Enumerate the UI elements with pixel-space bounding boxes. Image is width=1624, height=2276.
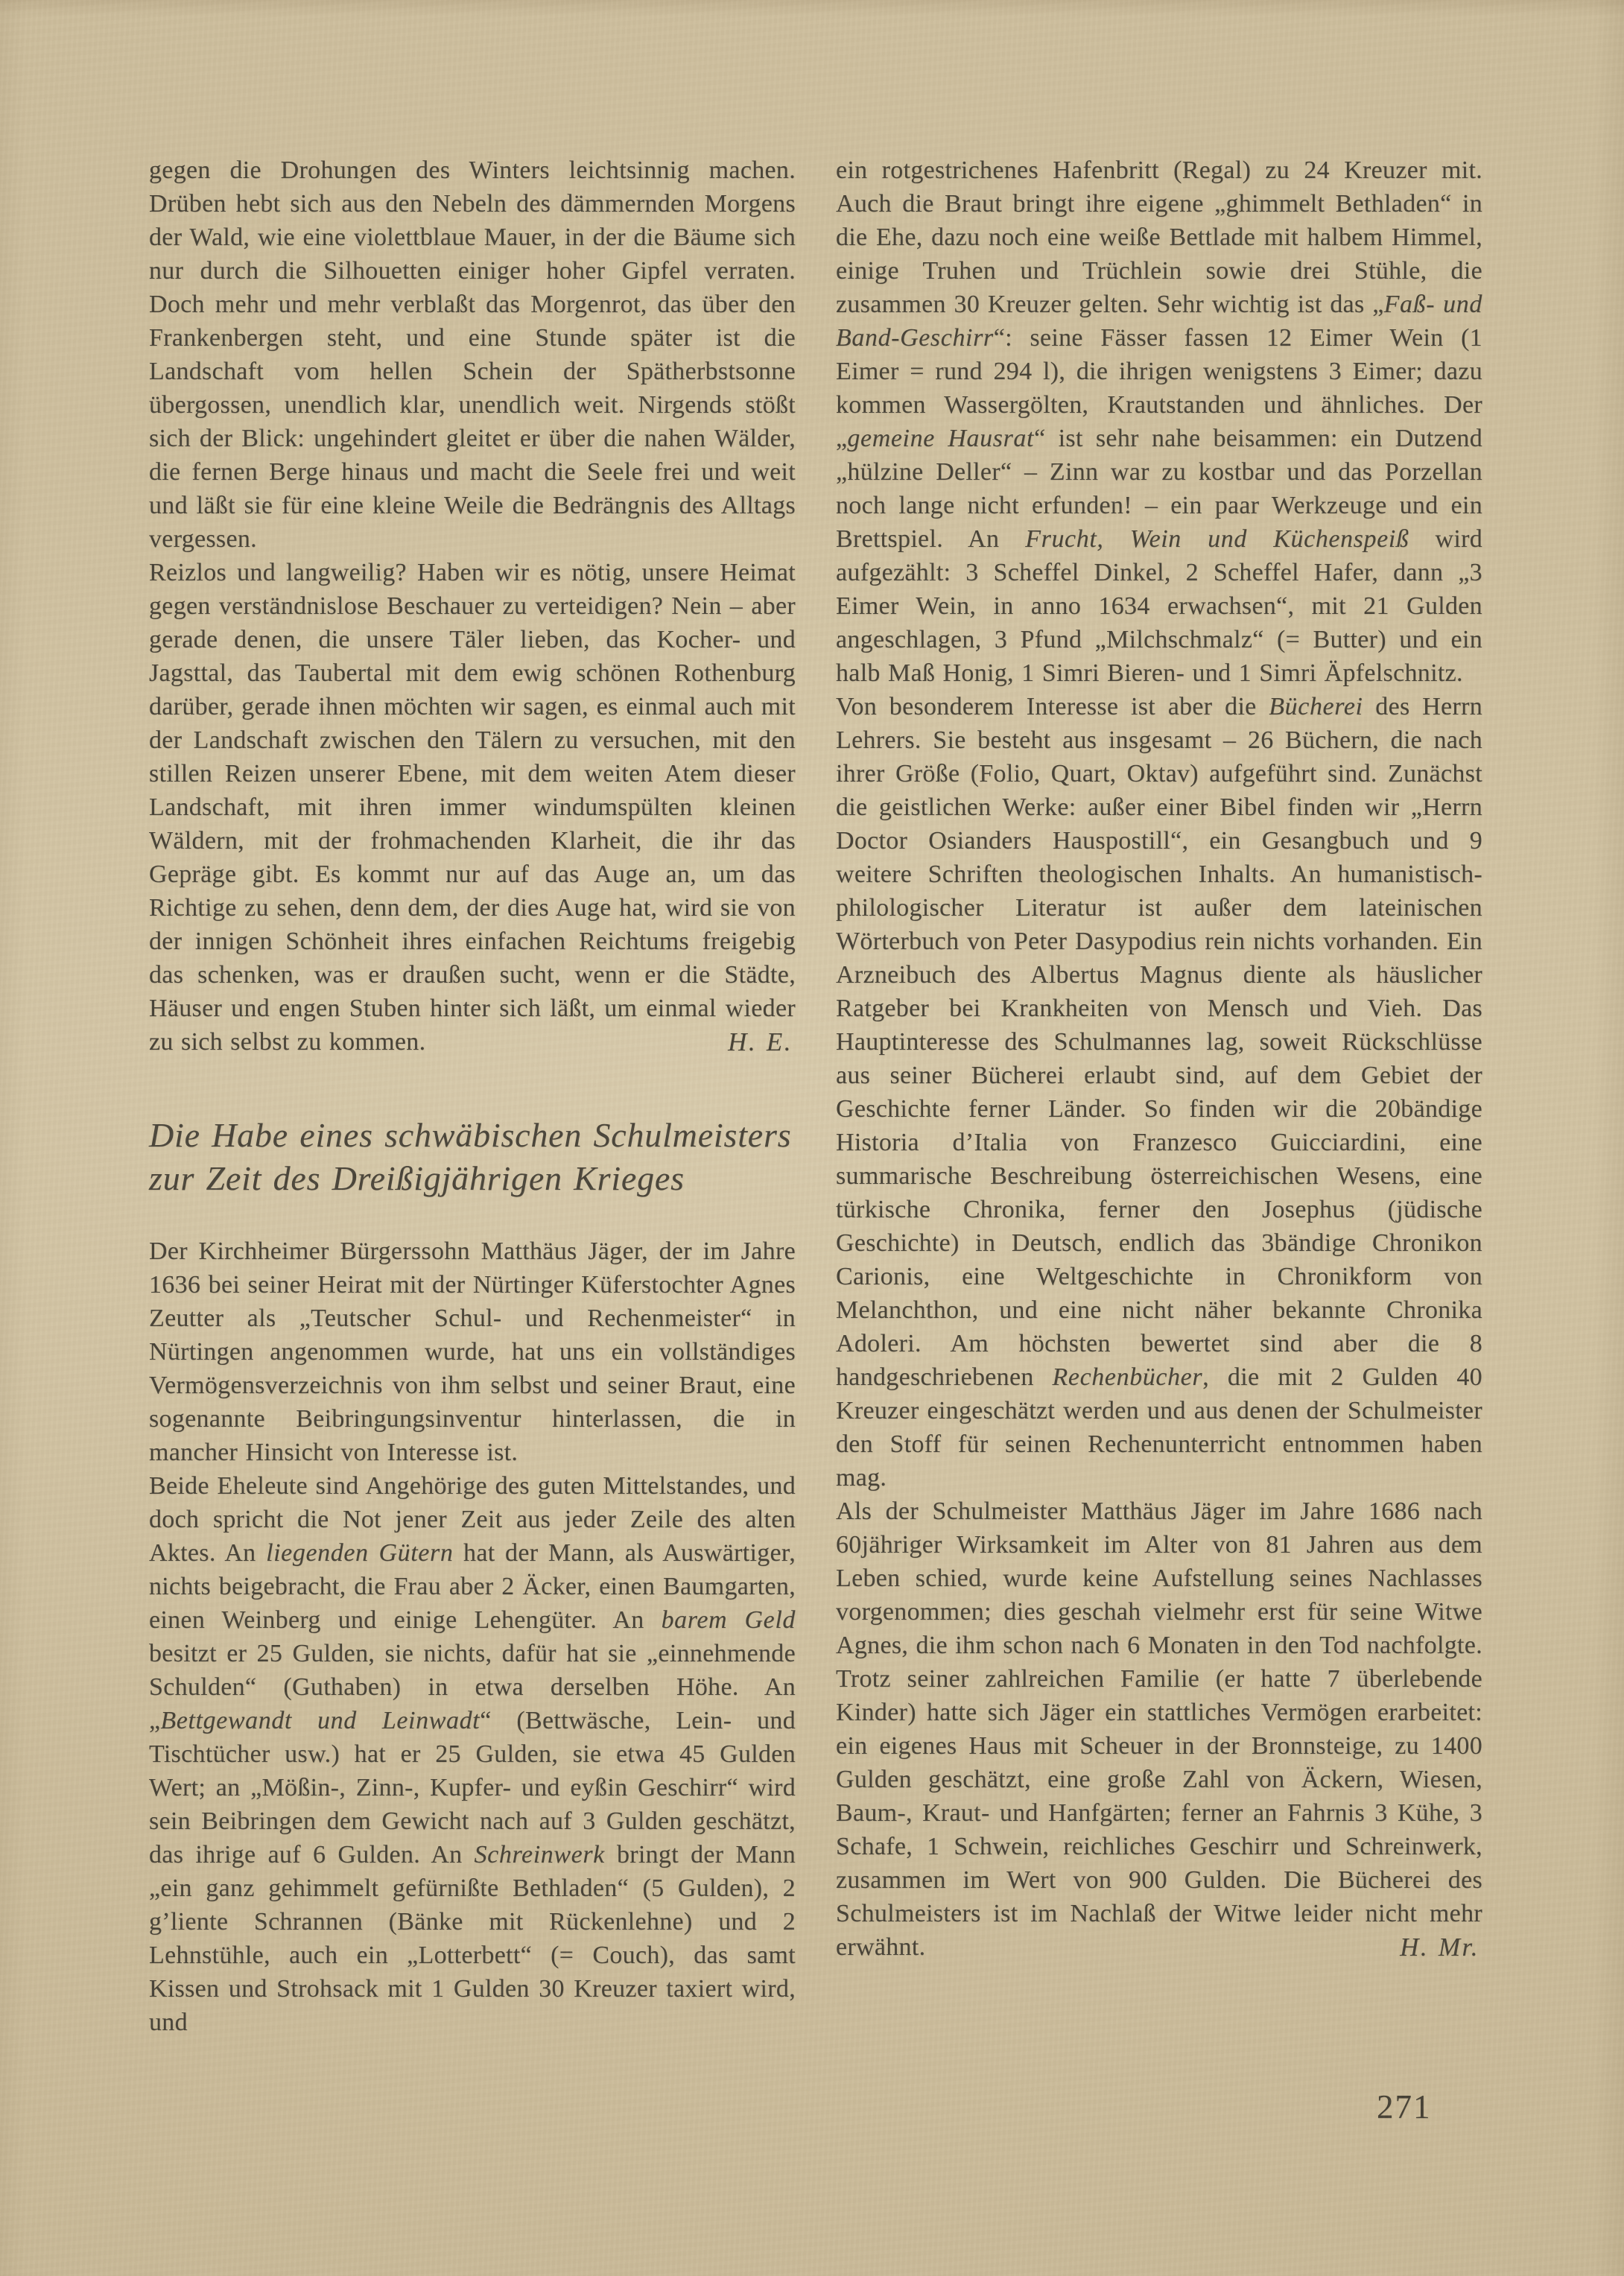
article2-paragraph-5: Als der Schulmeister Matthäus Jäger im J… xyxy=(836,1494,1482,1964)
italic-phrase: gemeine Hausrat xyxy=(847,425,1034,452)
page-number: 271 xyxy=(1377,2088,1432,2126)
article1-paragraph-2: Reizlos und langweilig? Haben wir es nöt… xyxy=(149,556,796,1059)
article2-paragraph-3: ein rotgestrichenes Hafenbritt (Regal) z… xyxy=(836,153,1482,690)
text-run: gegen die Drohungen des Winters leichtsi… xyxy=(149,156,796,553)
article2-paragraph-2: Beide Eheleute sind Angehörige des guten… xyxy=(149,1469,796,2039)
italic-phrase: Schreinwerk xyxy=(475,1841,605,1868)
column-right: ein rotgestrichenes Hafenbritt (Regal) z… xyxy=(836,153,1482,1964)
italic-phrase: Bücherei xyxy=(1269,693,1363,720)
text-run: Als der Schulmeister Matthäus Jäger im J… xyxy=(836,1497,1482,1961)
text-run: Reizlos und langweilig? Haben wir es nöt… xyxy=(149,559,796,1056)
italic-phrase: Bettgewandt und Leinwadt xyxy=(160,1707,480,1734)
italic-phrase: Frucht, Wein und Küchenspeiß xyxy=(1025,525,1409,553)
text-run: Von besonderem Interesse ist aber die xyxy=(836,693,1269,720)
article2-heading: Die Habe eines schwäbischen Schulmeister… xyxy=(149,1114,796,1200)
text-run: des Herrn Lehrers. Sie besteht aus insge… xyxy=(836,693,1482,1391)
scanned-book-page: gegen die Drohungen des Winters leichtsi… xyxy=(0,0,1624,2276)
italic-phrase: Rechenbücher xyxy=(1053,1363,1203,1391)
author-initials: H. Mr. xyxy=(1400,1930,1479,1964)
article2-paragraph-4: Von besonderem Interesse ist aber die Bü… xyxy=(836,690,1482,1494)
text-run: Die Habe eines schwäbischen Schulmeister… xyxy=(149,1116,791,1154)
italic-phrase: liegenden Gütern xyxy=(266,1539,453,1567)
text-run: bringt der Mann „ein ganz gehimmelt gefü… xyxy=(149,1841,796,2036)
text-run: zur Zeit des Dreißigjährigen Krieges xyxy=(149,1159,685,1197)
author-initials: H. E. xyxy=(728,1025,793,1059)
column-left: gegen die Drohungen des Winters leichtsi… xyxy=(149,153,796,2039)
article1-paragraph-1: gegen die Drohungen des Winters leichtsi… xyxy=(149,153,796,556)
article2-paragraph-1: Der Kirchheimer Bürgerssohn Matthäus Jäg… xyxy=(149,1234,796,1469)
italic-phrase: barem Geld xyxy=(662,1606,796,1634)
text-run: Der Kirchheimer Bürgerssohn Matthäus Jäg… xyxy=(149,1237,796,1466)
